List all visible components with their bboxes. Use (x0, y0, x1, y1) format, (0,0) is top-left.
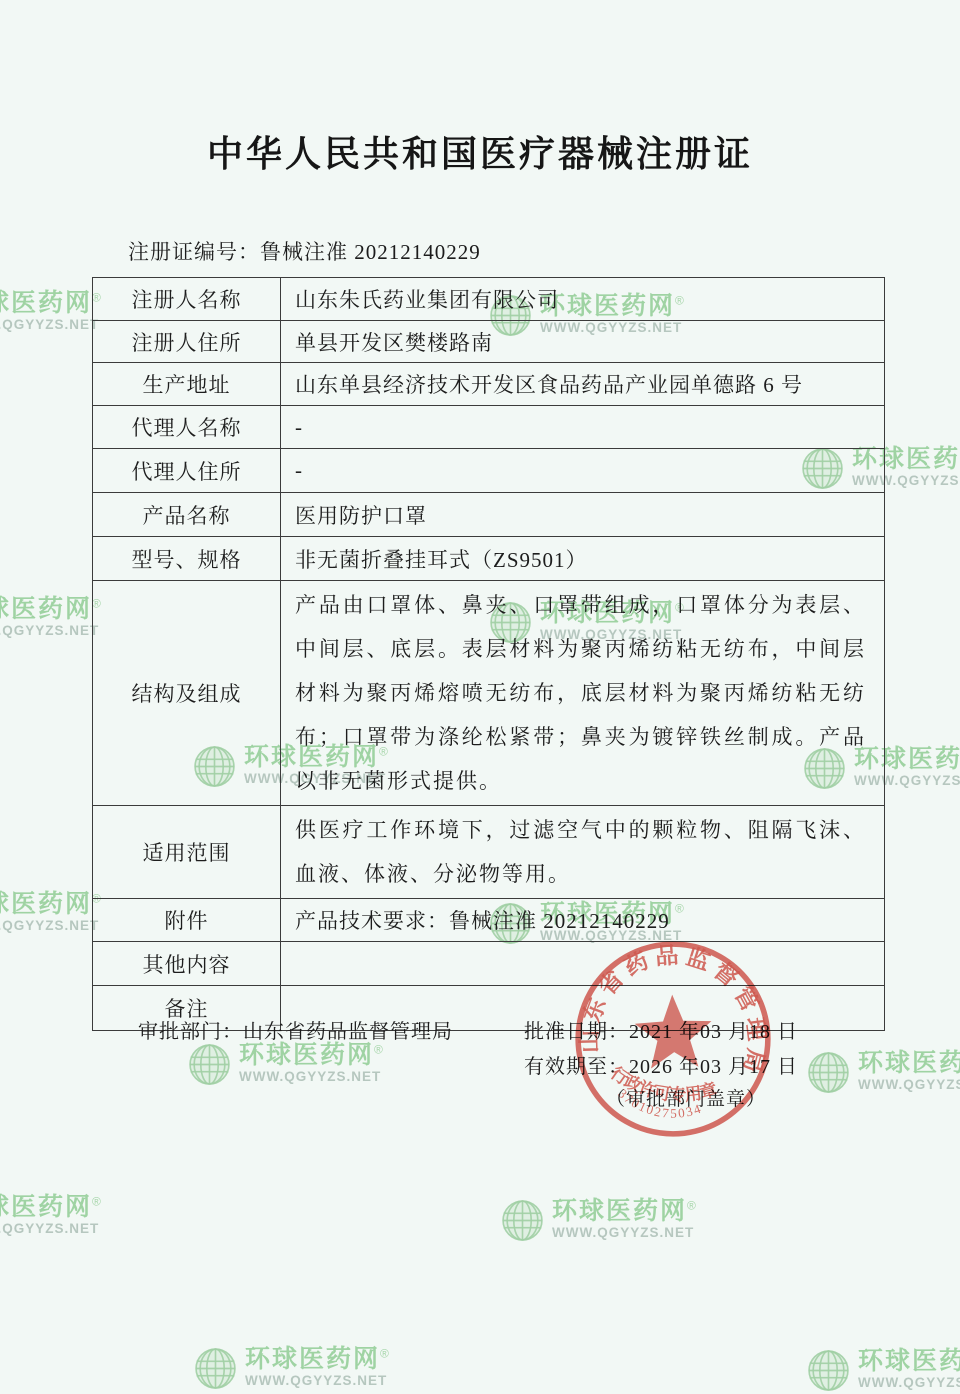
watermark-brand: 环球医药网 (0, 1193, 92, 1221)
globe-icon (193, 1346, 238, 1391)
row-label-scope-of-application: 适用范围 (93, 806, 281, 899)
watermark-brand: 环球医药网 (552, 1197, 687, 1225)
row-label-production-address: 生产地址 (93, 363, 281, 406)
row-label-agent-name: 代理人名称 (93, 406, 281, 449)
table-row-production-address: 生产地址山东单县经济技术开发区食品药品产业园单德路 6 号 (93, 363, 885, 406)
globe-icon (187, 1042, 232, 1087)
globe-icon (500, 1198, 545, 1243)
certificate-title: 中华人民共和国医疗器械注册证 (0, 126, 960, 177)
row-value-production-address: 山东单县经济技术开发区食品药品产业园单德路 6 号 (281, 363, 885, 406)
registered-mark-icon: ® (380, 1347, 391, 1361)
row-value-registrant-name: 山东朱氏药业集团有限公司 (281, 278, 885, 321)
row-value-model-spec: 非无菌折叠挂耳式（ZS9501） (281, 537, 885, 581)
row-label-attachment: 附件 (93, 899, 281, 942)
watermark-brand: 环球医药网 (245, 1345, 380, 1373)
row-label-registrant-address: 注册人住所 (93, 321, 281, 363)
certificate-page: 环球医药网® WWW.QGYYZS.NET 环球医药网® WWW.QGYYZS.… (0, 0, 960, 1394)
watermark-url: WWW.QGYYZS.NET (0, 1221, 103, 1236)
valid-until-date: 有效期至：2026 年03 月17 日 (524, 1050, 798, 1079)
table-row-product-name: 产品名称医用防护口罩 (93, 493, 885, 537)
row-value-agent-name: - (281, 406, 885, 449)
watermark-url: WWW.QGYYZS.NET (0, 317, 103, 332)
watermark: 环球医药网® WWW.QGYYZS.NET (500, 1198, 698, 1243)
watermark-brand: 环球医药网 (858, 1049, 960, 1077)
certificate-table: 注册人名称山东朱氏药业集团有限公司注册人住所单县开发区樊楼路南生产地址山东单县经… (92, 277, 885, 1031)
row-value-structure-composition: 产品由口罩体、鼻夹、口罩带组成，口罩体分为表层、中间层、底层。表层材料为聚丙烯纺… (281, 581, 885, 806)
watermark-url: WWW.QGYYZS.NET (858, 1375, 960, 1390)
approval-date: 批准日期：2021 年03 月18 日 (524, 1015, 798, 1044)
table-row-registrant-address: 注册人住所单县开发区樊楼路南 (93, 321, 885, 363)
row-value-registrant-address: 单县开发区樊楼路南 (281, 321, 885, 363)
row-value-agent-address: - (281, 449, 885, 493)
table-row-attachment: 附件产品技术要求：鲁械注准 20212140229 (93, 899, 885, 942)
row-label-registrant-name: 注册人名称 (93, 278, 281, 321)
row-label-agent-address: 代理人住所 (93, 449, 281, 493)
watermark-url: WWW.QGYYZS.NET (552, 1225, 698, 1240)
registered-mark-icon: ® (687, 1199, 698, 1213)
registration-number-value: 鲁械注准 20212140229 (260, 240, 481, 264)
table-row-structure-composition: 结构及组成产品由口罩体、鼻夹、口罩带组成，口罩体分为表层、中间层、底层。表层材料… (93, 581, 885, 806)
watermark-brand: 环球医药网 (858, 1347, 960, 1375)
watermark: 环球医药网® WWW.QGYYZS.NET (806, 1348, 960, 1393)
watermark-brand: 环球医药网 (0, 289, 92, 317)
registration-number-label: 注册证编号： (128, 240, 260, 264)
row-value-scope-of-application: 供医疗工作环境下，过滤空气中的颗粒物、阻隔飞沫、血液、体液、分泌物等用。 (281, 806, 885, 899)
watermark-url: WWW.QGYYZS.NET (0, 623, 103, 638)
table-row-other-content: 其他内容 (93, 942, 885, 986)
row-label-other-content: 其他内容 (93, 942, 281, 986)
watermark-brand: 环球医药网 (0, 890, 92, 918)
watermark-brand: 环球医药网 (0, 595, 92, 623)
watermark: 环球医药网® WWW.QGYYZS.NET (806, 1050, 960, 1095)
table-row-registrant-name: 注册人名称山东朱氏药业集团有限公司 (93, 278, 885, 321)
row-label-structure-composition: 结构及组成 (93, 581, 281, 806)
row-label-product-name: 产品名称 (93, 493, 281, 537)
watermark-url: WWW.QGYYZS.NET (245, 1373, 391, 1388)
approval-department: 审批部门：山东省药品监督管理局 (138, 1015, 453, 1044)
seal-note: （审批部门盖章） (606, 1084, 766, 1111)
table-row-agent-name: 代理人名称- (93, 406, 885, 449)
table-row-scope-of-application: 适用范围供医疗工作环境下，过滤空气中的颗粒物、阻隔飞沫、血液、体液、分泌物等用。 (93, 806, 885, 899)
watermark: 环球医药网® WWW.QGYYZS.NET (0, 1194, 103, 1239)
registration-number-line: 注册证编号：鲁械注准 20212140229 (128, 236, 481, 266)
table-row-model-spec: 型号、规格非无菌折叠挂耳式（ZS9501） (93, 537, 885, 581)
registered-mark-icon: ® (92, 1195, 103, 1209)
watermark: 环球医药网® WWW.QGYYZS.NET (0, 891, 103, 936)
row-value-other-content (281, 942, 885, 986)
watermark: 环球医药网® WWW.QGYYZS.NET (193, 1346, 391, 1391)
registered-mark-icon: ® (374, 1043, 385, 1057)
watermark: 环球医药网® WWW.QGYYZS.NET (187, 1042, 385, 1087)
row-value-attachment: 产品技术要求：鲁械注准 20212140229 (281, 899, 885, 942)
table-row-agent-address: 代理人住所- (93, 449, 885, 493)
watermark-url: WWW.QGYYZS.NET (0, 918, 103, 933)
watermark: 环球医药网® WWW.QGYYZS.NET (0, 596, 103, 641)
globe-icon (806, 1348, 851, 1393)
watermark-url: WWW.QGYYZS.NET (858, 1077, 960, 1092)
watermark-brand: 环球医药网 (239, 1041, 374, 1069)
watermark: 环球医药网® WWW.QGYYZS.NET (0, 290, 103, 335)
row-label-model-spec: 型号、规格 (93, 537, 281, 581)
row-value-product-name: 医用防护口罩 (281, 493, 885, 537)
watermark-url: WWW.QGYYZS.NET (239, 1069, 385, 1084)
globe-icon (806, 1050, 851, 1095)
